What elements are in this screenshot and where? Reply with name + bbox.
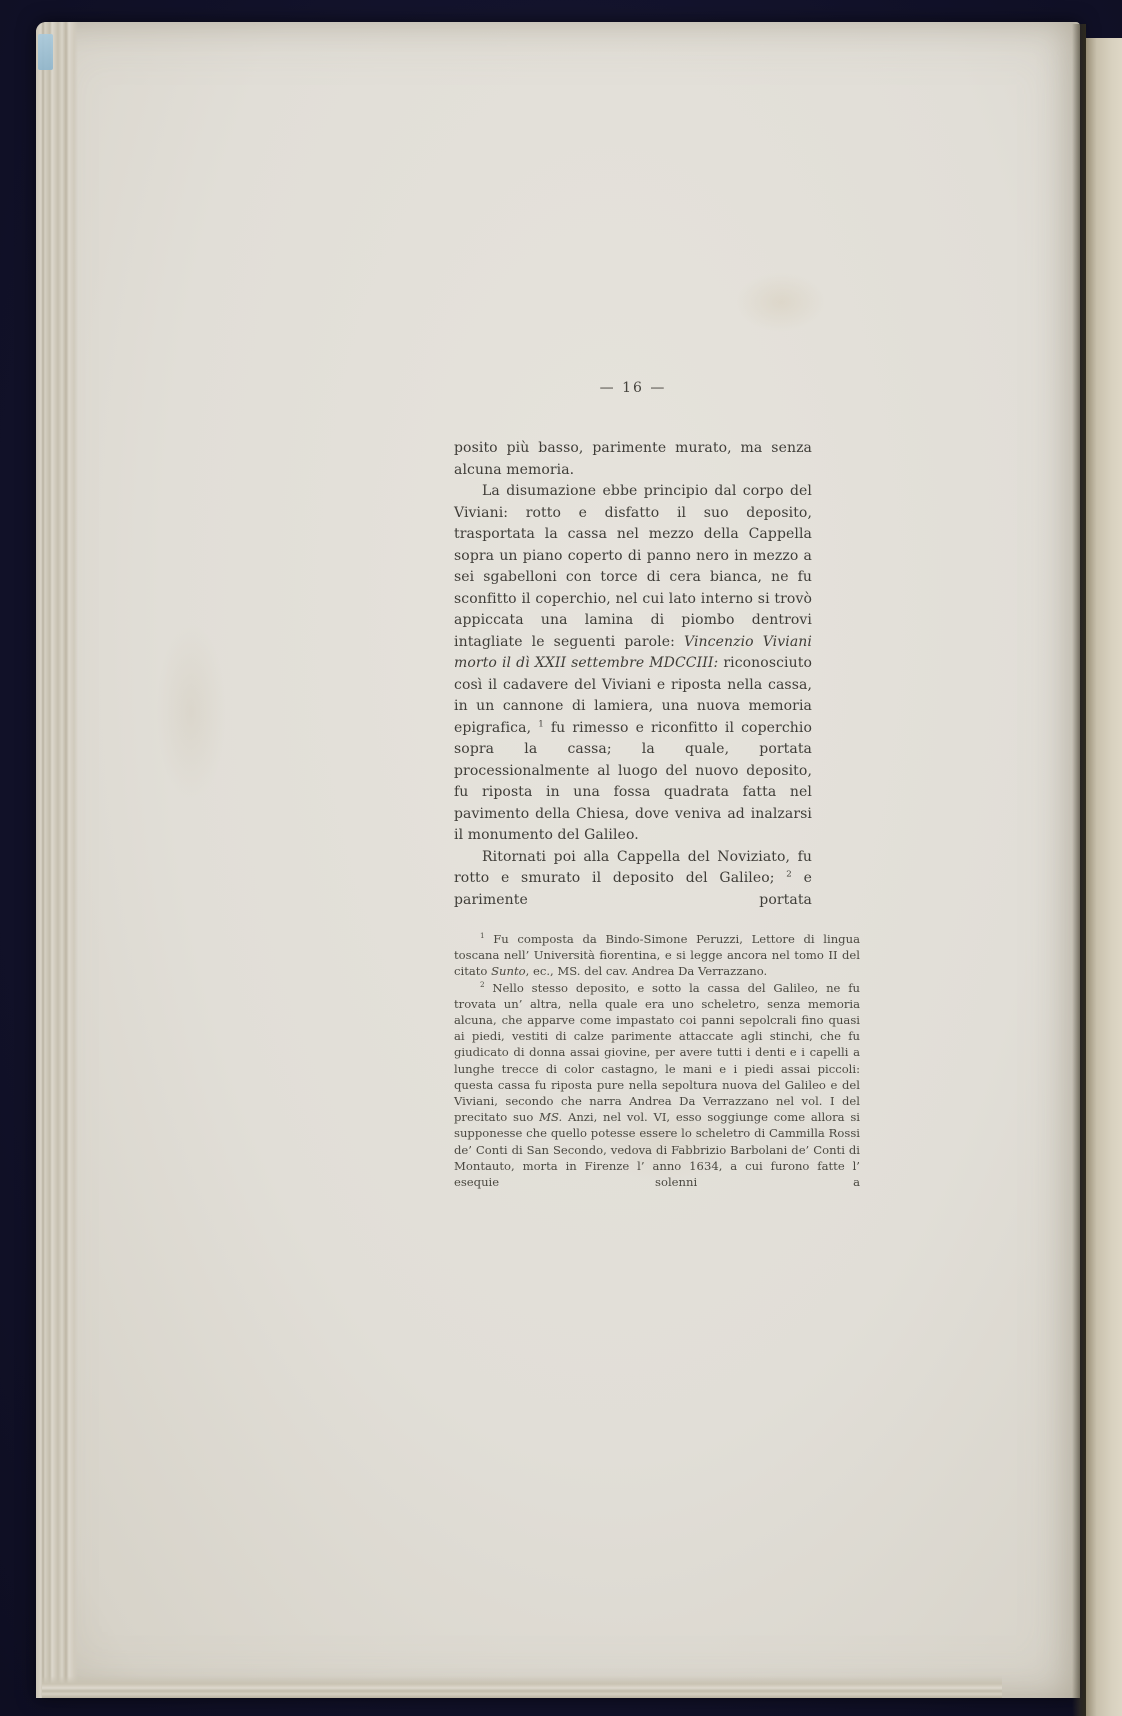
text-segment: Sunto [491,964,526,978]
text-segment: Nello stesso deposito, e sotto la cassa … [454,981,860,1125]
text-segment: fu rimesso e riconfitto il coperchio sop… [454,720,812,844]
text-segment: posito più basso, parimente murato, ma s… [454,440,812,478]
footnote: 1 Fu composta da Bindo-Simone Peruzzi, L… [454,931,860,980]
book-page: — 16 — posito più basso, parimente murat… [36,22,1080,1698]
facing-page-edge [1086,38,1122,1716]
text-segment: La disumazione ebbe principio dal corpo … [454,483,812,650]
text-segment: Ritornati poi alla Cappella del Noviziat… [454,849,812,887]
page-stack-edges-bottom [42,1676,1002,1698]
body-text: posito più basso, parimente murato, ma s… [454,438,812,911]
footnotes: 1 Fu composta da Bindo-Simone Peruzzi, L… [454,931,860,1190]
paper-stain [736,272,826,332]
photo-background: — 16 — posito più basso, parimente murat… [0,0,1122,1716]
text-segment: MS. [539,1110,562,1124]
paragraph: Ritornati poi alla Cappella del Noviziat… [454,847,812,912]
blue-bookmark-mark [38,34,53,70]
text-segment: , ec., MS. del cav. Andrea Da Verrazzano… [526,964,768,978]
paragraph: La disumazione ebbe principio dal corpo … [454,481,812,847]
paragraph: posito più basso, parimente murato, ma s… [454,438,812,481]
text-area: — 16 — posito più basso, parimente murat… [454,380,860,1190]
page-number: — 16 — [454,380,812,396]
footnote: 2 Nello stesso deposito, e sotto la cass… [454,980,860,1191]
gutter-shadow [1072,24,1086,1716]
paper-stain [156,622,226,802]
page-stack-edges-left [36,22,78,1698]
